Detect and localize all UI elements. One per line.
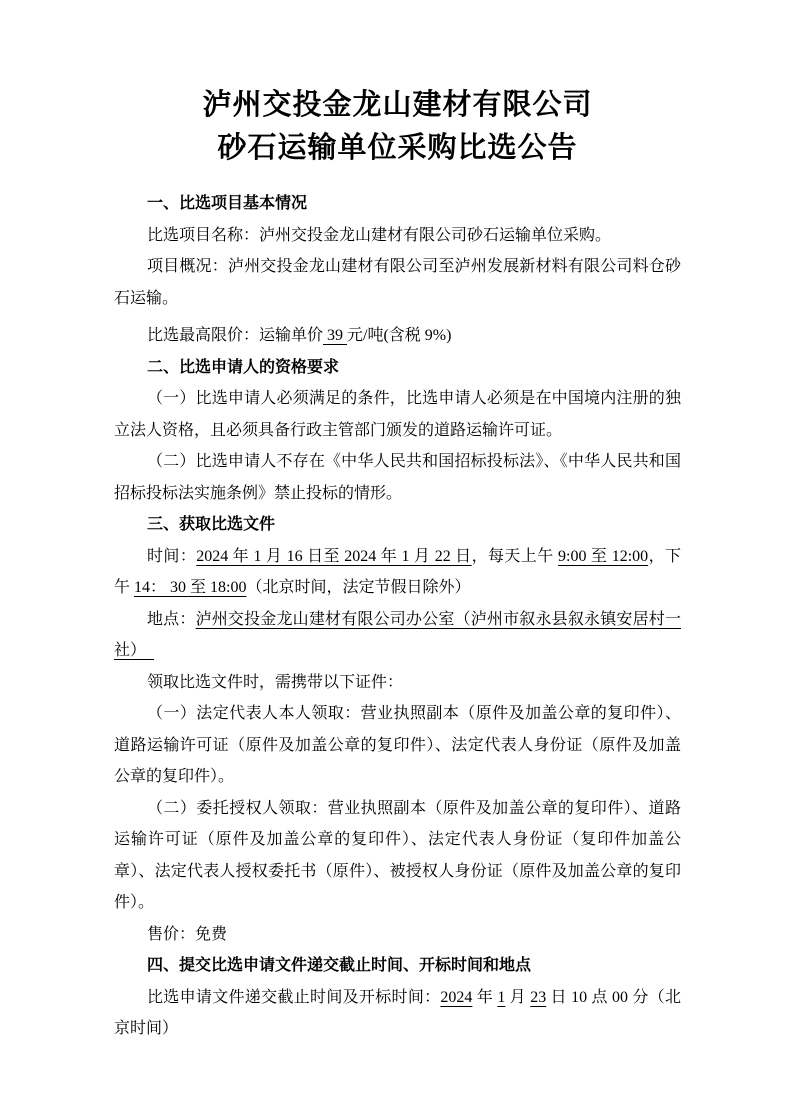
section-1-heading: 一、比选项目基本情况 xyxy=(114,188,681,220)
title-line-1: 泸州交投金龙山建材有限公司 xyxy=(114,84,681,127)
document-title: 泸州交投金龙山建材有限公司 砂石运输单位采购比选公告 xyxy=(114,84,681,170)
deadline-year-unit: 年 xyxy=(472,989,497,1006)
deadline-day-underlined: 23 xyxy=(530,989,546,1006)
section-3-heading: 三、获取比选文件 xyxy=(114,509,681,541)
address-value-underlined: 泸州交投金龙山建材有限公司办公室（泸州市叙永县叙永镇安居村一社） xyxy=(114,611,681,660)
section-4-heading: 四、提交比选申请文件递交截止时间、开标时间和地点 xyxy=(114,950,681,982)
obtain-morning-hours-underlined: 9:00 至 12:00 xyxy=(558,548,648,565)
obtain-date-range-underlined: 2024 年 1 月 16 日至 2024 年 1 月 22 日 xyxy=(196,548,471,565)
paragraph-documents-needed: 领取比选文件时，需携带以下证件： xyxy=(114,667,681,699)
document-page: 泸州交投金龙山建材有限公司 砂石运输单位采购比选公告 一、比选项目基本情况 比选… xyxy=(0,0,794,1108)
obtain-afternoon-hours-underlined: 14： 30 至 18:00 xyxy=(134,579,246,596)
max-price-value-underlined: 39 xyxy=(323,327,347,344)
max-price-label: 比选最高限价：运输单价 xyxy=(147,327,323,344)
paragraph-legal-rep-pickup: （一）法定代表人本人领取：营业执照副本（原件及加盖公章的复印件）、道路运输许可证… xyxy=(114,698,681,793)
paragraph-obtain-time: 时间：2024 年 1 月 16 日至 2024 年 1 月 22 日，每天上午… xyxy=(114,541,681,604)
paragraph-project-name: 比选项目名称：泸州交投金龙山建材有限公司砂石运输单位采购。 xyxy=(114,220,681,252)
paragraph-qualification-2: （二）比选申请人不存在《中华人民共和国招标投标法》、《中华人民共和国招标投标法实… xyxy=(114,446,681,509)
obtain-time-mid-1: ，每天上午 xyxy=(472,548,558,565)
paragraph-deadline: 比选申请文件递交截止时间及开标时间：2024 年 1 月 23 日 10 点 0… xyxy=(114,982,681,1045)
paragraph-authorized-agent-pickup: （二）委托授权人领取：营业执照副本（原件及加盖公章的复印件）、道路运输许可证（原… xyxy=(114,793,681,919)
document-body: 一、比选项目基本情况 比选项目名称：泸州交投金龙山建材有限公司砂石运输单位采购。… xyxy=(114,188,681,1045)
address-label: 地点： xyxy=(147,611,196,628)
paragraph-qualification-1: （一）比选申请人必须满足的条件，比选申请人必须是在中国境内注册的独立法人资格，且… xyxy=(114,383,681,446)
paragraph-obtain-address: 地点：泸州交投金龙山建材有限公司办公室（泸州市叙永县叙永镇安居村一社） xyxy=(114,604,681,667)
deadline-year-underlined: 2024 xyxy=(440,989,472,1006)
section-2-heading: 二、比选申请人的资格要求 xyxy=(114,352,681,384)
deadline-label: 比选申请文件递交截止时间及开标时间： xyxy=(147,989,440,1006)
deadline-month-unit: 月 xyxy=(505,989,530,1006)
obtain-time-label: 时间： xyxy=(147,548,196,565)
paragraph-max-price: 比选最高限价：运输单价 39 元/吨(含税 9%) xyxy=(114,320,681,352)
title-line-2: 砂石运输单位采购比选公告 xyxy=(114,127,681,170)
paragraph-project-overview: 项目概况：泸州交投金龙山建材有限公司至泸州发展新材料有限公司料仓砂石运输。 xyxy=(114,251,681,314)
max-price-unit: 元/吨(含税 9%) xyxy=(347,327,451,344)
paragraph-sale-price: 售价：免费 xyxy=(114,919,681,951)
obtain-time-note: （北京时间，法定节假日除外） xyxy=(246,579,470,596)
